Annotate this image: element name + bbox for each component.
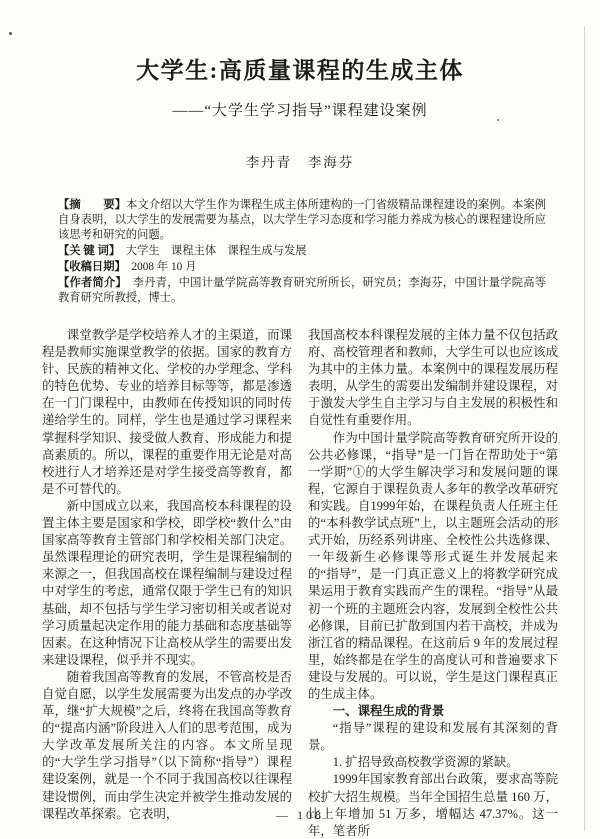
scan-speck-artifact (9, 32, 12, 35)
article-subtitle: ——“大学生学习指导”课程建设案例 (42, 99, 558, 120)
body-paragraph: 新中国成立以来，我国高校本科课程的设置主体主要是国家和学校，即学校“教什么”由国… (42, 498, 292, 669)
subsection-heading: 1. 扩招导致高校教学资源的紧缺。 (308, 754, 558, 771)
keywords-text: 大学生 课程主体 课程生成与发展 (126, 245, 307, 257)
received-date-row: 【收稿日期】 2008 年 10 月 (58, 260, 546, 275)
scan-speck-artifact (497, 119, 499, 121)
left-column: 课堂教学是学校培养人才的主渠道，而课程是教师实施课堂教学的依据。国家的教育方针、… (42, 327, 292, 839)
page-number: — 108 (0, 808, 600, 823)
right-column: 我国高校本科课程发展的主体力量不仅包括政府、高校管理者和教师，大学生可以也应该成… (308, 327, 558, 839)
received-date-text: 2008 年 10 月 (131, 261, 196, 273)
body-paragraph-continuation: 我国高校本科课程发展的主体力量不仅包括政府、高校管理者和教师，大学生可以也应该成… (308, 327, 558, 430)
scanned-paper-page: 大学生:高质量课程的生成主体 ——“大学生学习指导”课程建设案例 李丹青 李海芬… (0, 0, 600, 839)
body-paragraph: “指导”课程的建设和发展有其深刻的背景。 (308, 720, 558, 754)
scan-edge-artifact (584, 26, 585, 831)
article-meta-block: 【摘 要】本文介绍以大学生作为课程生成主体所建构的一门省级精品课程建设的案例。本… (58, 198, 546, 306)
scan-speck-artifact (152, 238, 154, 240)
abstract-row: 【摘 要】本文介绍以大学生作为课程生成主体所建构的一门省级精品课程建设的案例。本… (58, 198, 546, 243)
abstract-label: 【摘 要】 (58, 199, 126, 211)
article-title: 大学生:高质量课程的生成主体 (42, 52, 558, 85)
author-bio-label: 【作者简介】 (58, 277, 121, 289)
body-paragraph: 1999年国家教育部出台政策，要求高等院校扩大招生规模。当年全国招生总量 160… (308, 771, 558, 839)
two-column-body: 课堂教学是学校培养人才的主渠道，而课程是教师实施课堂教学的依据。国家的教育方针、… (42, 327, 558, 839)
body-paragraph: 随着我国高等教育的发展，不管高校是否自觉自愿，以学生发展需要为出发点的办学改革，… (42, 669, 292, 823)
author-bio-row: 【作者简介】 李丹青，中国计量学院高等教育研究所所长，研究员；李海芬，中国计量学… (58, 276, 546, 306)
author-bio-text: 李丹青，中国计量学院高等教育研究所所长，研究员；李海芬，中国计量学院高等教育研究… (58, 277, 546, 304)
body-paragraph: 作为中国计量学院高等教育研究所开设的公共必修课，“指导”是一门旨在帮助处于“第一… (308, 430, 558, 704)
abstract-text: 本文介绍以大学生作为课程生成主体所建构的一门省级精品课程建设的案例。本案例自身表… (58, 199, 546, 241)
keywords-row: 【关 键 词】 大学生 课程主体 课程生成与发展 (58, 244, 546, 259)
section-heading: 一、课程生成的背景 (308, 703, 558, 720)
received-date-label: 【收稿日期】 (58, 261, 120, 273)
keywords-label: 【关 键 词】 (58, 245, 114, 257)
body-paragraph: 课堂教学是学校培养人才的主渠道，而课程是教师实施课堂教学的依据。国家的教育方针、… (42, 327, 292, 498)
article-authors: 李丹青 李海芬 (42, 151, 558, 171)
